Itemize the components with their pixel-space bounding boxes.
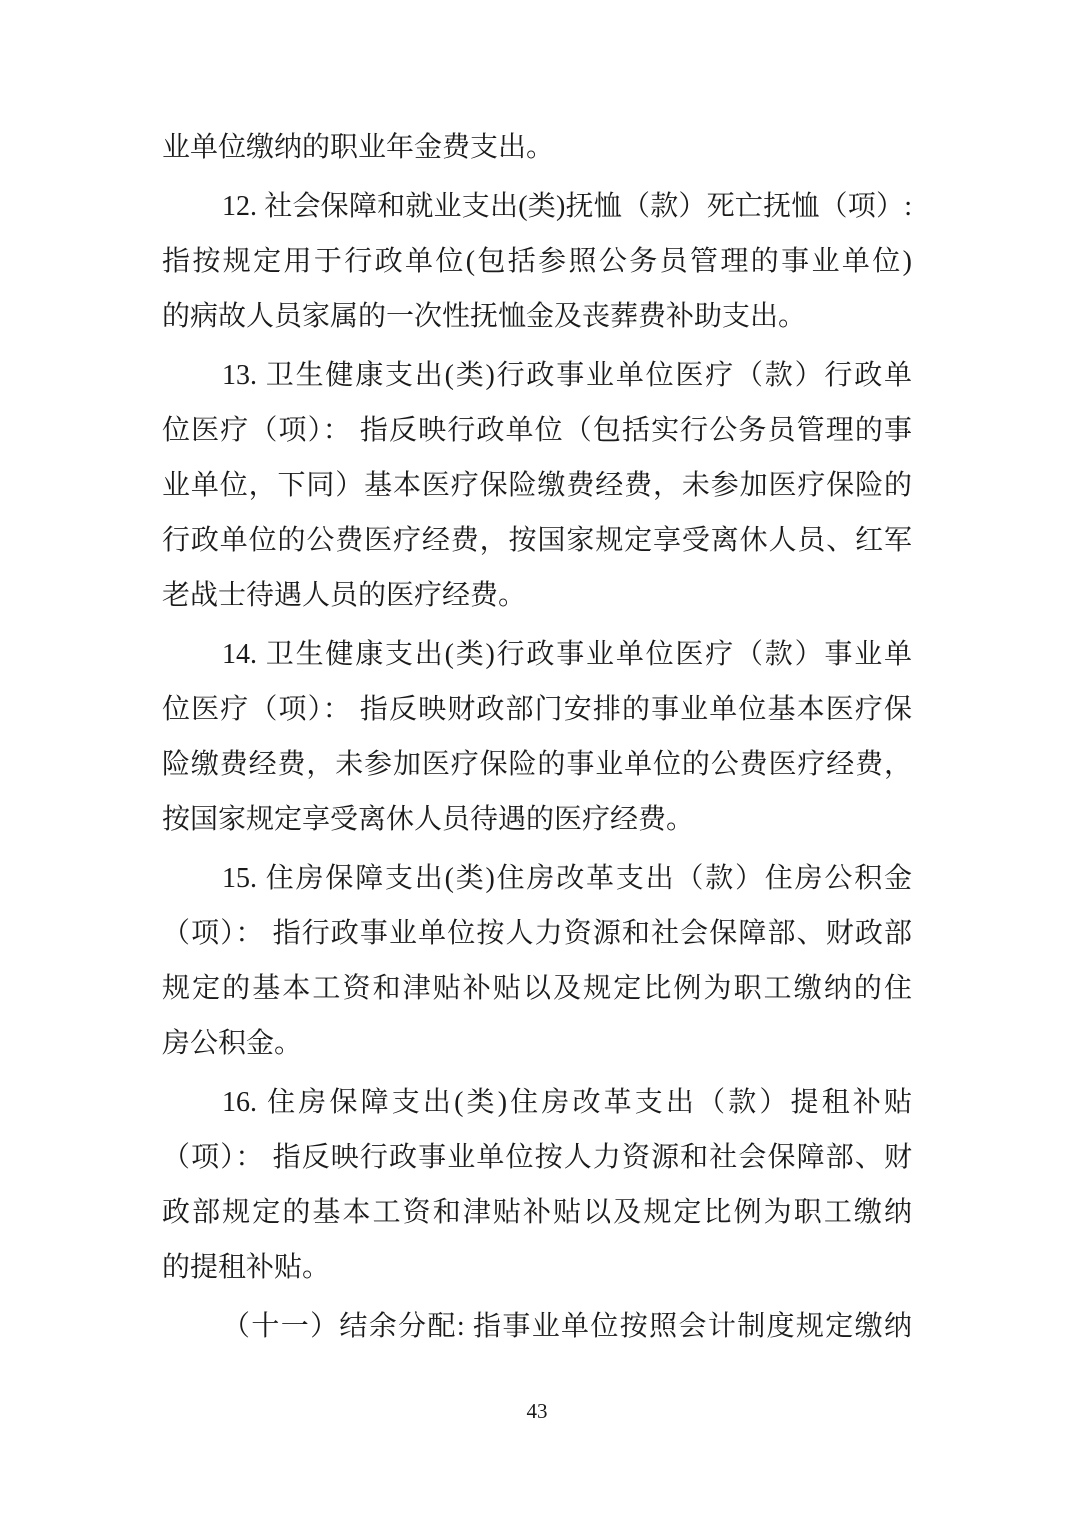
text-line: 险缴费经费，未参加医疗保险的事业单位的公费医疗经费， xyxy=(162,737,912,792)
text-line: （项）： 指行政事业单位按人力资源和社会保障部、财政部 xyxy=(162,906,912,961)
text-line: （十一）结余分配: 指事业单位按照会计制度规定缴纳 xyxy=(162,1299,912,1354)
text-line: 政部规定的基本工资和津贴补贴以及规定比例为职工缴纳 xyxy=(162,1185,912,1240)
text-line: 15. 住房保障支出(类)住房改革支出（款）住房公积金 xyxy=(162,851,912,906)
paragraph-section-11: （十一）结余分配: 指事业单位按照会计制度规定缴纳 xyxy=(162,1299,912,1354)
text-line: 13. 卫生健康支出(类)行政事业单位医疗（款）行政单 xyxy=(162,348,912,403)
text-line: 位医疗（项）： 指反映财政部门安排的事业单位基本医疗保 xyxy=(162,682,912,737)
document-page: 业单位缴纳的职业年金费支出。12. 社会保障和就业支出(类)抚恤（款）死亡抚恤（… xyxy=(0,0,1074,1520)
document-body: 业单位缴纳的职业年金费支出。12. 社会保障和就业支出(类)抚恤（款）死亡抚恤（… xyxy=(162,120,912,1358)
text-line: 业单位缴纳的职业年金费支出。 xyxy=(162,120,912,175)
text-line: 12. 社会保障和就业支出(类)抚恤（款）死亡抚恤（项）: xyxy=(162,179,912,234)
text-line: （项）： 指反映行政事业单位按人力资源和社会保障部、财 xyxy=(162,1130,912,1185)
text-line: 规定的基本工资和津贴补贴以及规定比例为职工缴纳的住 xyxy=(162,961,912,1016)
text-line: 房公积金。 xyxy=(162,1016,912,1071)
text-line: 行政单位的公费医疗经费，按国家规定享受离休人员、红军 xyxy=(162,513,912,568)
paragraph-item-13: 13. 卫生健康支出(类)行政事业单位医疗（款）行政单位医疗（项）： 指反映行政… xyxy=(162,348,912,623)
paragraph-item-16: 16. 住房保障支出(类)住房改革支出（款）提租补贴（项）： 指反映行政事业单位… xyxy=(162,1075,912,1295)
text-line: 的病故人员家属的一次性抚恤金及丧葬费补助支出。 xyxy=(162,289,912,344)
text-line: 14. 卫生健康支出(类)行政事业单位医疗（款）事业单 xyxy=(162,627,912,682)
text-line: 16. 住房保障支出(类)住房改革支出（款）提租补贴 xyxy=(162,1075,912,1130)
text-line: 业单位，下同）基本医疗保险缴费经费，未参加医疗保险的 xyxy=(162,458,912,513)
text-line: 按国家规定享受离休人员待遇的医疗经费。 xyxy=(162,792,912,847)
paragraph-item-12: 12. 社会保障和就业支出(类)抚恤（款）死亡抚恤（项）:指按规定用于行政单位(… xyxy=(162,179,912,344)
paragraph-item-15: 15. 住房保障支出(类)住房改革支出（款）住房公积金（项）： 指行政事业单位按… xyxy=(162,851,912,1071)
paragraph-continuation: 业单位缴纳的职业年金费支出。 xyxy=(162,120,912,175)
text-line: 老战士待遇人员的医疗经费。 xyxy=(162,568,912,623)
page-number: 43 xyxy=(0,1396,1074,1426)
text-line: 的提租补贴。 xyxy=(162,1240,912,1295)
text-line: 指按规定用于行政单位(包括参照公务员管理的事业单位) xyxy=(162,234,912,289)
text-line: 位医疗（项）： 指反映行政单位（包括实行公务员管理的事 xyxy=(162,403,912,458)
paragraph-item-14: 14. 卫生健康支出(类)行政事业单位医疗（款）事业单位医疗（项）： 指反映财政… xyxy=(162,627,912,847)
